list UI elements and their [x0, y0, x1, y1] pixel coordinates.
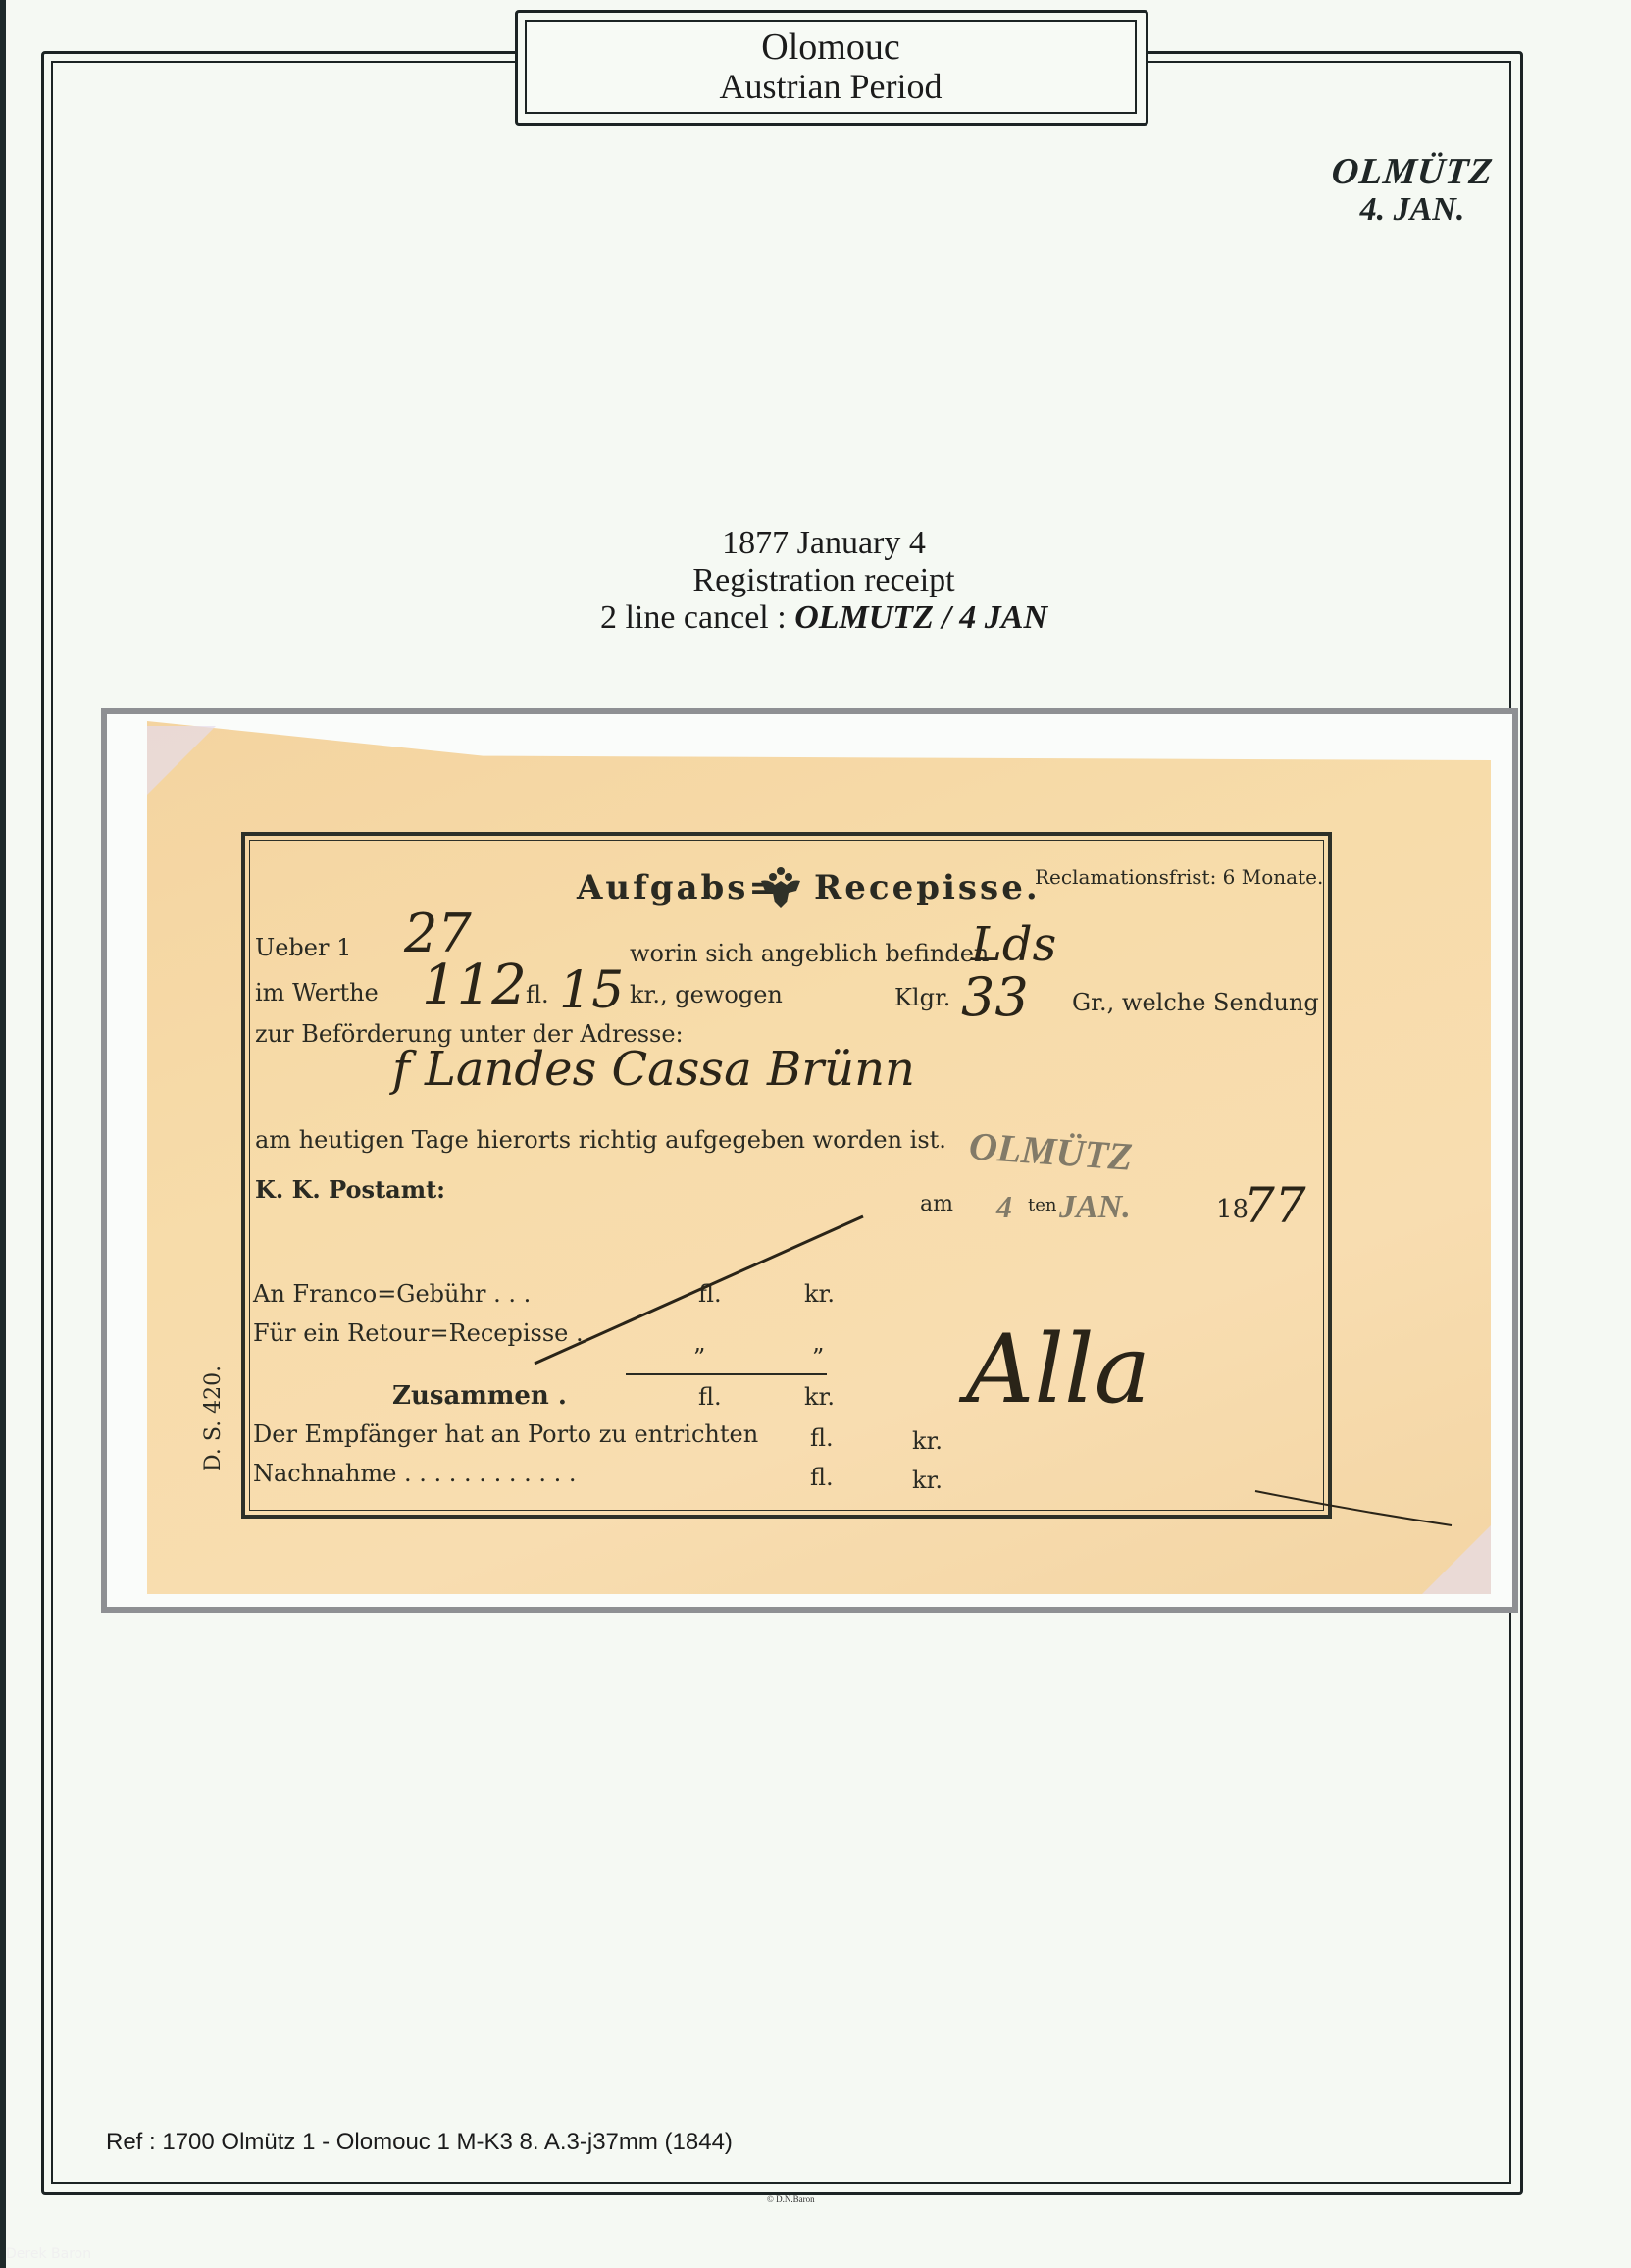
- copyright-notice: © D.N.Baron: [767, 2194, 815, 2204]
- row-posted-today-label: am heutigen Tage hierorts richtig aufgeg…: [255, 1126, 946, 1154]
- handwritten-weight: 33: [961, 966, 1029, 1028]
- description-cancel: 2 line cancel : OLMUTZ / 4 JAN: [490, 599, 1157, 637]
- receipt-heading-right: Recepisse.: [814, 868, 1041, 907]
- item-description: 1877 January 4 Registration receipt 2 li…: [490, 525, 1157, 637]
- fee-porto-fl: fl.: [810, 1424, 834, 1452]
- fee-nachnahme-fl: fl.: [810, 1464, 834, 1491]
- fee-porto-kr: kr.: [912, 1427, 943, 1455]
- postmark-month: JAN.: [1059, 1189, 1131, 1226]
- fee-franco-kr: kr.: [804, 1280, 835, 1308]
- fee-total-kr: kr.: [804, 1383, 835, 1411]
- fee-franco-fl: fl.: [698, 1280, 722, 1308]
- handwritten-contents: Lds: [971, 917, 1056, 972]
- form-code: D. S. 420.: [201, 1366, 226, 1471]
- title-box: Olomouc Austrian Period: [525, 20, 1137, 114]
- fee-return-fl: ”: [693, 1344, 705, 1371]
- cancel-illustration-date: 4. JAN.: [1295, 191, 1530, 229]
- row-weight-klgr: Klgr.: [894, 984, 950, 1011]
- handwritten-year: 77: [1244, 1177, 1306, 1234]
- postamt-label: K. K. Postamt:: [255, 1175, 445, 1204]
- reclamation-period: Reclamationsfrist: 6 Monate.: [1035, 865, 1323, 889]
- fee-total-fl: fl.: [698, 1383, 722, 1411]
- fee-porto-label: Der Empfänger hat an Porto zu entrichten: [253, 1420, 758, 1448]
- page-title: Olomouc: [527, 27, 1135, 67]
- row-value-kr: kr., gewogen: [630, 981, 783, 1008]
- fee-nachnahme-label: Nachnahme . . . . . . . . . . . .: [253, 1460, 576, 1487]
- description-date: 1877 January 4: [490, 525, 1157, 562]
- fee-franco-label: An Franco=Gebühr . . .: [253, 1280, 531, 1308]
- double-headed-eagle-icon: [757, 865, 804, 912]
- fee-total-label: Zusammen .: [392, 1381, 567, 1411]
- catalog-reference: Ref : 1700 Olmütz 1 - Olomouc 1 M-K3 8. …: [106, 2129, 733, 2156]
- author-watermark: Derek Baron: [6, 2246, 91, 2262]
- row-value-fl: fl.: [526, 981, 549, 1008]
- receipt-heading-left: Aufgabs=: [577, 868, 780, 907]
- row-weight-gr: Gr., welche Sendung: [1072, 989, 1319, 1016]
- description-cancel-value: OLMUTZ / 4 JAN: [794, 599, 1047, 636]
- date-am-label: am: [920, 1192, 953, 1216]
- handwritten-value-kr: 15: [559, 961, 624, 1020]
- fee-nachnahme-kr: kr.: [912, 1467, 943, 1494]
- row-ueber-label: Ueber 1: [255, 934, 351, 961]
- cancel-illustration-town: OLMÜTZ: [1293, 152, 1532, 191]
- sum-rule: [626, 1373, 827, 1375]
- row-contents-label: worin sich angeblich befinden: [630, 940, 989, 967]
- postmaster-signature: Alla: [966, 1314, 1150, 1424]
- postmark-day: 4: [996, 1189, 1012, 1225]
- cancel-illustration: OLMÜTZ 4. JAN.: [1295, 152, 1530, 229]
- handwritten-address: f Landes Cassa Brünn: [392, 1042, 915, 1097]
- description-cancel-prefix: 2 line cancel :: [600, 599, 794, 636]
- date-ten-label: ten: [1028, 1195, 1056, 1215]
- scan-edge: [0, 0, 6, 2268]
- fee-return-kr: ”: [812, 1344, 824, 1371]
- handwritten-value-fl: 112: [422, 954, 527, 1017]
- description-type: Registration receipt: [490, 562, 1157, 599]
- fee-return-label: Für ein Retour=Recepisse .: [253, 1319, 584, 1347]
- page-subtitle: Austrian Period: [527, 67, 1135, 106]
- row-value-label: im Werthe: [255, 979, 379, 1006]
